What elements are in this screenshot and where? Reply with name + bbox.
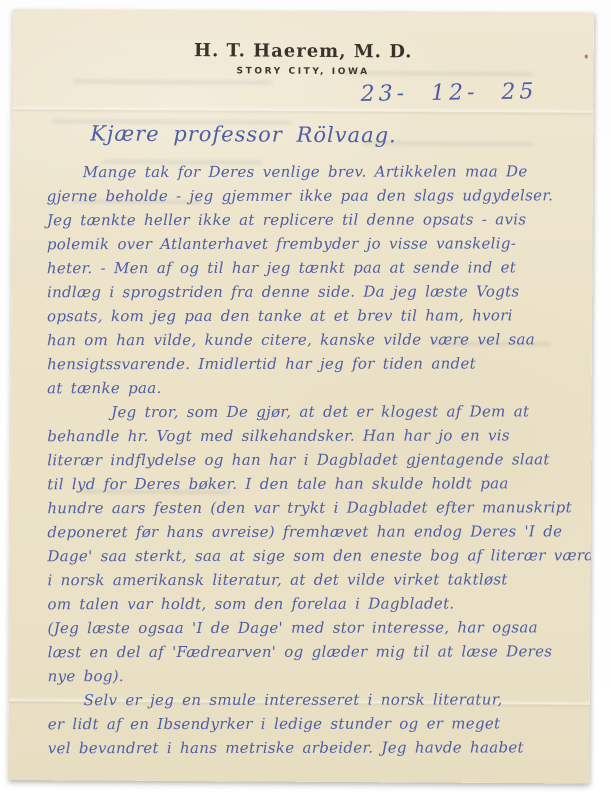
letter-line: læst en del af 'Fædrearven' og glæder mi…: [48, 639, 570, 664]
letter-line: literær indflydelse og han har i Dagblad…: [47, 447, 569, 472]
letter-line: hensigtssvarende. Imidlertid har jeg for…: [47, 351, 569, 376]
letter-line: at tænke paa.: [47, 375, 569, 400]
letter-line: han om han vilde, kunde citere, kanske v…: [47, 327, 569, 352]
letter-paper: H. T. Haerem, M. D. STORY CITY, IOWA 23-…: [8, 9, 594, 784]
letterhead: H. T. Haerem, M. D. STORY CITY, IOWA: [13, 9, 594, 80]
letter-line: Jeg tror, som De gjør, at det er klogest…: [47, 399, 569, 424]
letter-line: nye bog).: [48, 663, 570, 688]
letter-line: polemik over Atlanterhavet frembyder jo …: [47, 231, 569, 256]
letter-line: om talen var holdt, som den forelaa i Da…: [47, 591, 569, 616]
letter-line: heter. - Men af og til har jeg tænkt paa…: [47, 255, 569, 280]
letter-line: Dage' saa sterkt, saa at sige som den en…: [47, 543, 569, 568]
letter-line: opsats, kom jeg paa den tanke at et brev…: [47, 303, 569, 328]
letter-line: i norsk amerikansk literatur, at det vil…: [47, 567, 569, 592]
letter-line: hundre aars festen (den var trykt i Dagb…: [47, 495, 569, 520]
letter-line: (Jeg læste ogsaa 'I de Dage' med stor in…: [48, 615, 570, 640]
letter-line: vel bevandret i hans metriske arbeider. …: [48, 735, 570, 760]
letter-line: er lidt af en Ibsendyrker i ledige stund…: [48, 711, 570, 736]
letter-line: Selv er jeg en smule interesseret i nors…: [48, 687, 570, 712]
letter-date: 23- 12- 25: [12, 77, 593, 114]
scan-background: H. T. Haerem, M. D. STORY CITY, IOWA 23-…: [0, 0, 611, 800]
letter-salutation: Kjære professor Rölvaag.: [12, 118, 593, 152]
letter-line: Mange tak for Deres venlige brev. Artikk…: [47, 159, 569, 184]
letterhead-location: STORY CITY, IOWA: [13, 64, 594, 80]
letterhead-name: H. T. Haerem, M. D.: [13, 39, 594, 65]
letter-line: behandle hr. Vogt med silkehandsker. Han…: [47, 423, 569, 448]
letter-line: Jeg tænkte heller ikke at replicere til …: [47, 207, 569, 232]
letter-line: til lyd for Deres bøker. I den tale han …: [47, 471, 569, 496]
paper-speck: [585, 54, 588, 58]
letter-line: indlæg i sprogstriden fra denne side. Da…: [47, 279, 569, 304]
letter-line: deponeret før hans avreise) fremhævet ha…: [47, 519, 569, 544]
letter-line: gjerne beholde - jeg gjemmer ikke paa de…: [47, 183, 569, 208]
letter-body: Mange tak for Deres venlige brev. Artikk…: [10, 159, 592, 760]
